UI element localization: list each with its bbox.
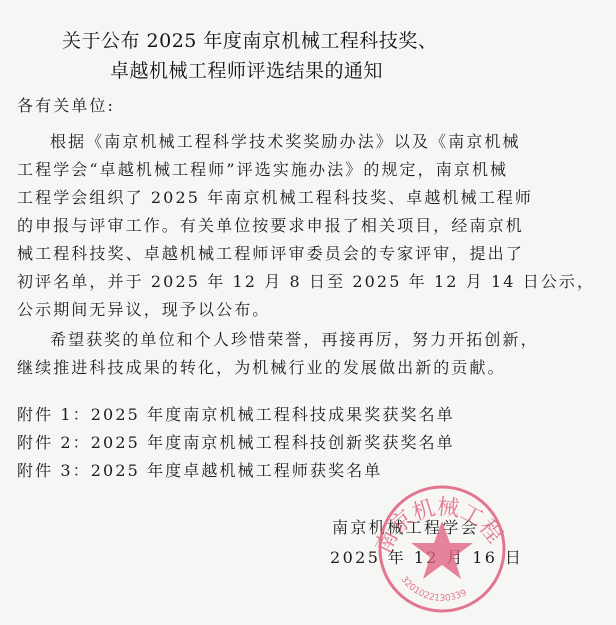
salutation: 各有关单位: [17,96,115,116]
attachment-1: 附件 1：2025 年度南京机械工程科技成果奖获奖名单 [17,405,455,425]
svg-text:3201022130339: 3201022130339 [398,575,468,604]
title-line-2: 卓越机械工程师评选结果的通知 [110,56,616,83]
body-line: 希望获奖的单位和个人珍惜荣誉，再接再厉，努力开拓创新， [50,330,539,350]
body-line: 继续推进科技成果的转化，为机械行业的发展做出新的贡献。 [17,358,506,378]
body-line: 根据《南京机械工程科学技术奖奖励办法》以及《南京机械 [50,132,521,152]
body-line: 的申报与评审工作。有关单位按要求申报了相关项目，经南京机 [17,216,524,236]
body-line: 械工程科技奖、卓越机械工程师评审委员会的专家评审，提出了 [17,244,524,264]
document-page: 关于公布 2025 年度南京机械工程科技奖、 卓越机械工程师评选结果的通知 各有… [0,0,616,625]
title-line-1: 关于公布 2025 年度南京机械工程科技奖、 [62,26,616,53]
signature-date: 2025 年 12 月 16 日 [330,545,523,568]
body-line: 工程学会组织了 2025 年南京机械工程科技奖、卓越机械工程师 [17,188,533,208]
signature-organization: 南京机械工程学会 [332,515,479,538]
body-line: 初评名单，并于 2025 年 12 月 8 日至 2025 年 12 月 14 … [17,272,595,292]
attachment-3: 附件 3：2025 年度卓越机械工程师获奖名单 [17,461,382,481]
body-line: 工程学会“卓越机械工程师”评选实施办法》的规定，南京机械 [17,160,508,180]
attachment-2: 附件 2：2025 年度南京机械工程科技创新奖获奖名单 [17,433,455,453]
body-line: 公示期间无异议，现予以公布。 [17,300,270,320]
